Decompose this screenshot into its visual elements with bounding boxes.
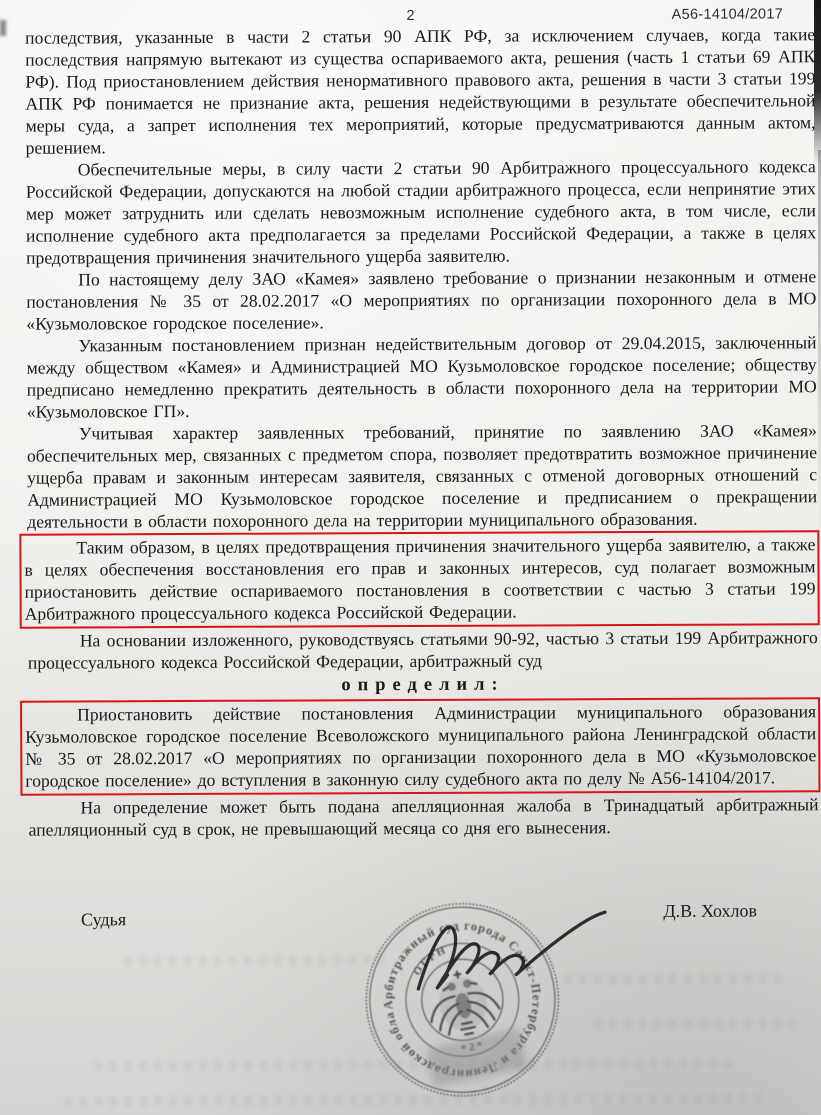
paragraph-conclusion: Таким образом, в целях предотвращения пр…	[24, 533, 815, 624]
page-content: 2 А56-14104/2017 последствия, указанные …	[0, 0, 821, 1115]
paragraph-considering: Учитывая характер заявленных требований,…	[27, 419, 817, 532]
judge-signature-svg	[402, 904, 613, 1025]
bleedthrough-ghost	[95, 1059, 735, 1072]
document-body: последствия, указанные в части 2 статьи …	[25, 23, 819, 840]
paragraph-resolution-content: Указанным постановлением признан недейст…	[26, 331, 816, 422]
bleedthrough-ghost	[65, 1093, 765, 1106]
scanned-court-ruling-page: 2 А56-14104/2017 последствия, указанные …	[0, 0, 821, 1115]
ruling-heading: определил:	[28, 672, 818, 697]
scan-left-edge-mark	[0, 20, 6, 36]
highlight-box-2: Приостановить действие постановления Адм…	[20, 697, 820, 795]
judge-label: Судья	[81, 909, 126, 930]
bleedthrough-ghost	[594, 1018, 794, 1029]
judge-name: Д.В. Хохлов	[663, 900, 757, 921]
paragraph-claim: По настоящему делу ЗАО «Камея» заявлено …	[26, 265, 816, 334]
scan-edge-shadow	[814, 0, 821, 165]
paragraph-legal-basis: На основании изложенного, руководствуясь…	[28, 626, 818, 673]
paragraph-operative-part: Приостановить действие постановления Адм…	[25, 700, 816, 791]
paragraph-interim-measures: Обеспечительные меры, в силу части 2 ста…	[26, 155, 816, 268]
bleedthrough-ghost	[564, 973, 784, 984]
highlight-box-1: Таким образом, в целях предотвращения пр…	[19, 530, 819, 628]
judge-signature-scribble	[402, 904, 613, 1025]
paragraph-appeal-info: На определение может быть подана апелляц…	[28, 793, 818, 840]
bleedthrough-ghost	[124, 955, 384, 966]
case-number: А56-14104/2017	[672, 6, 784, 22]
paragraph-consequences: последствия, указанные в части 2 статьи …	[25, 23, 816, 158]
